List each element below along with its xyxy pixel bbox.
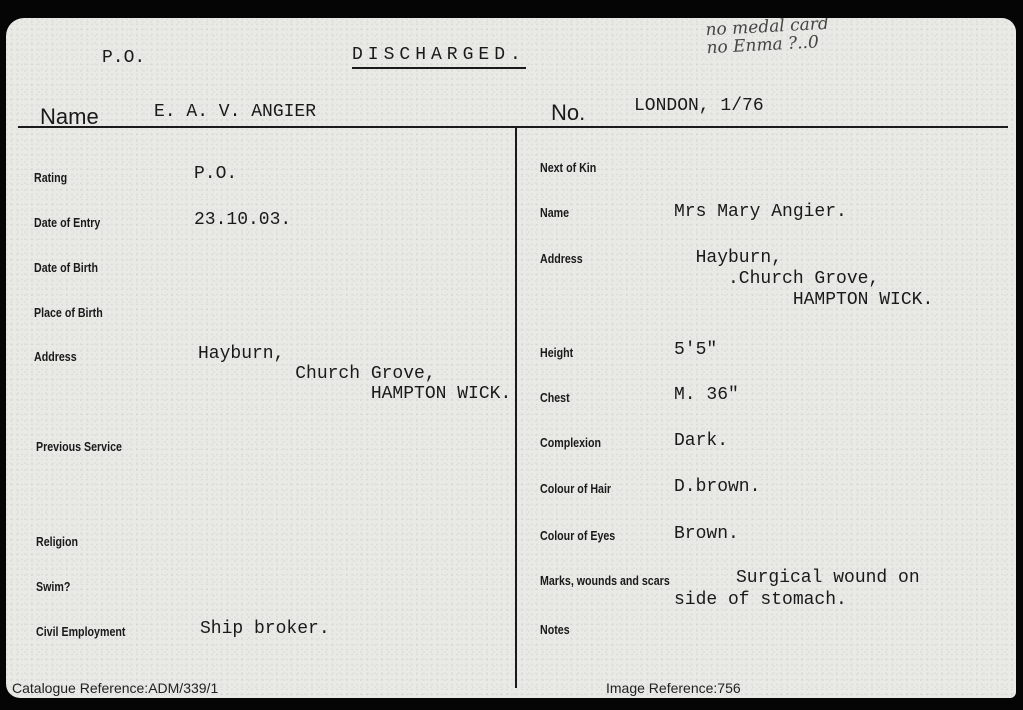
discharged-stamp: DISCHARGED. bbox=[352, 45, 526, 69]
eye-colour-value: Brown. bbox=[674, 524, 739, 544]
hair-colour-value: D.brown. bbox=[674, 477, 760, 497]
civil-employment-label: Civil Employment bbox=[36, 624, 125, 639]
service-record-card: P.O. DISCHARGED. no medal card no Enma ?… bbox=[6, 18, 1016, 698]
date-of-entry-value: 23.10.03. bbox=[194, 210, 291, 230]
complexion-value: Dark. bbox=[674, 431, 728, 451]
column-divider bbox=[515, 128, 517, 688]
next-of-kin-label: Next of Kin bbox=[540, 160, 596, 175]
catalogue-reference: Catalogue Reference:ADM/339/1 bbox=[12, 680, 218, 696]
handwritten-note: no medal card no Enma ?..0 bbox=[705, 18, 830, 57]
swim-label: Swim? bbox=[36, 579, 70, 594]
marks-label: Marks, wounds and scars bbox=[540, 573, 670, 588]
kin-name-value: Mrs Mary Angier. bbox=[674, 202, 847, 222]
name-value: E. A. V. ANGIER bbox=[154, 102, 316, 122]
civil-employment-value: Ship broker. bbox=[200, 619, 330, 639]
number-label: No. bbox=[551, 100, 585, 126]
kin-address-label: Address bbox=[540, 251, 583, 266]
chest-label: Chest bbox=[540, 390, 570, 405]
previous-service-label: Previous Service bbox=[36, 439, 122, 454]
number-value: LONDON, 1/76 bbox=[634, 96, 764, 116]
address-label: Address bbox=[34, 349, 77, 364]
marks-value: Surgical wound on bbox=[736, 568, 920, 588]
kin-name-label: Name bbox=[540, 205, 569, 220]
eye-colour-label: Colour of Eyes bbox=[540, 528, 615, 543]
header-rule bbox=[18, 126, 1008, 128]
notes-label: Notes bbox=[540, 622, 570, 637]
header-rating: P.O. bbox=[102, 48, 145, 68]
kin-address-value: Hayburn, .Church Grove, HAMPTON WICK. bbox=[674, 248, 933, 311]
height-value: 5'5" bbox=[674, 340, 717, 360]
chest-value: M. 36" bbox=[674, 385, 739, 405]
image-reference: Image Reference:756 bbox=[606, 680, 741, 696]
date-of-entry-label: Date of Entry bbox=[34, 215, 100, 230]
height-label: Height bbox=[540, 345, 573, 360]
religion-label: Religion bbox=[36, 534, 78, 549]
date-of-birth-label: Date of Birth bbox=[34, 260, 98, 275]
place-of-birth-label: Place of Birth bbox=[34, 305, 103, 320]
marks-value-continued: side of stomach. bbox=[674, 590, 847, 610]
rating-label: Rating bbox=[34, 170, 67, 185]
handwritten-line: no Enma ?..0 bbox=[706, 33, 830, 57]
address-value: Hayburn, Church Grove, HAMPTON WICK. bbox=[198, 344, 511, 404]
hair-colour-label: Colour of Hair bbox=[540, 481, 611, 496]
rating-value: P.O. bbox=[194, 164, 237, 184]
complexion-label: Complexion bbox=[540, 435, 601, 450]
